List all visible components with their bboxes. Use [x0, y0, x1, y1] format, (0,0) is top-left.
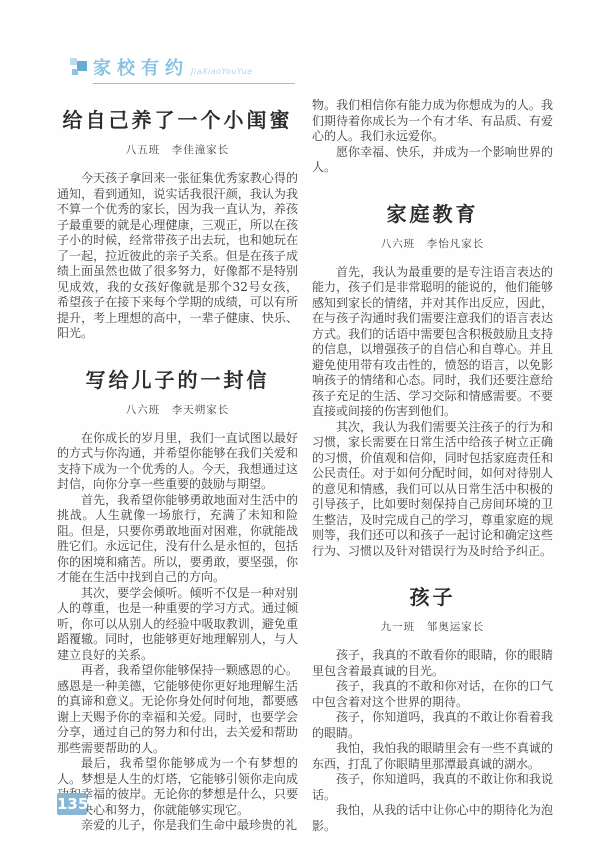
article-byline: 八六班 李怡凡家长 [312, 236, 553, 251]
article-title: 家庭教育 [312, 198, 553, 227]
paragraph: 在你成长的岁月里，我们一直试图以最好的方式与你沟通，并希望你能够在我们关爱和支持… [57, 431, 298, 493]
logo-square-small-icon [70, 58, 77, 65]
two-column-layout: 给自己养了一个小闺蜜 八五班 李佳潼家长 今天孩子拿回来一张征集优秀家教心得的通… [57, 98, 553, 834]
article-letter-to-son-continued: 物。我们相信你有能力成为你想成为的人。我们期待着你成长为一个有才华、有品质、有爱… [312, 98, 553, 176]
paragraph: 我怕，从我的话中让你心中的期待化为泡影。 [312, 803, 553, 834]
paragraph-continuation: 物。我们相信你有能力成为你想成为的人。我们期待着你成长为一个有才华、有品质、有爱… [312, 98, 553, 145]
paragraph: 再者，我希望你能够保持一颗感恩的心。感恩是一种美德，它能够使你更好地理解生活的真… [57, 663, 298, 756]
article-family-education: 家庭教育 八六班 李怡凡家长 首先，我认为最重要的是专注语言表达的能力，孩子们是… [312, 198, 553, 560]
paragraph: 首先，我认为最重要的是专注语言表达的能力，孩子们是非常聪明的能说的，他们能够感知… [312, 265, 553, 420]
logo-square-large-icon [77, 61, 87, 71]
page-number-badge: 135 [57, 793, 87, 815]
section-title: 家校有约 [93, 58, 189, 79]
logo-square-medium-icon [72, 69, 78, 75]
article-title: 写给儿子的一封信 [57, 364, 298, 393]
paragraph: 首先，我希望你能够勇敢地面对生活中的挑战。人生就像一场旅行，充满了未知和险阻。但… [57, 493, 298, 586]
paragraph: 其次，要学会倾听。倾听不仅是一种对别人的尊重，也是一种重要的学习方式。通过倾听，… [57, 586, 298, 664]
article-title: 孩子 [312, 581, 553, 610]
header-text-block: 家校有约JiaXiaoYouYue [93, 54, 295, 84]
article-title: 给自己养了一个小闺蜜 [57, 104, 298, 133]
paragraph: 孩子，我真的不敢看你的眼睛，你的眼睛里包含着最真诚的目光。 [312, 648, 553, 679]
article-byline: 八六班 李天朔家长 [57, 402, 298, 417]
article-child: 孩子 九一班 邹奥运家长 孩子，我真的不敢看你的眼睛，你的眼睛里包含着最真诚的目… [312, 581, 553, 834]
paragraph: 其次，我认为我们需要关注孩子的行为和习惯，家长需要在日常生活中给孩子树立正确的习… [312, 420, 553, 560]
paragraph: 孩子，我真的不敢和你对话，在你的口气中包含着对这个世界的期待。 [312, 679, 553, 710]
paragraph: 亲爱的儿子，你是我们生命中最珍贵的礼 [57, 818, 298, 834]
paragraph: 孩子，你知道吗，我真的不敢让你和我说话。 [312, 772, 553, 803]
header-underline [93, 83, 295, 84]
paragraph: 最后，我希望你能够成为一个有梦想的人。梦想是人生的灯塔，它能够引领你走向成功和幸… [57, 756, 298, 818]
article-byline: 八五班 李佳潼家长 [57, 142, 298, 157]
article-little-bestie: 给自己养了一个小闺蜜 八五班 李佳潼家长 今天孩子拿回来一张征集优秀家教心得的通… [57, 104, 298, 342]
paragraph: 愿你幸福、快乐，并成为一个影响世界的人。 [312, 145, 553, 176]
page-header: 家校有约JiaXiaoYouYue [70, 54, 295, 84]
left-column: 给自己养了一个小闺蜜 八五班 李佳潼家长 今天孩子拿回来一张征集优秀家教心得的通… [57, 98, 298, 834]
article-letter-to-son: 写给儿子的一封信 八六班 李天朔家长 在你成长的岁月里，我们一直试图以最好的方式… [57, 364, 298, 834]
paragraph: 今天孩子拿回来一张征集优秀家教心得的通知，看到通知，说实话我很汗颜，我认为我不算… [57, 171, 298, 342]
article-byline: 九一班 邹奥运家长 [312, 619, 553, 634]
right-column: 物。我们相信你有能力成为你想成为的人。我们期待着你成长为一个有才华、有品质、有爱… [312, 98, 553, 834]
section-subtitle: JiaXiaoYouYue [191, 67, 253, 76]
paragraph: 孩子，你知道吗，我真的不敢让你看着我的眼睛。 [312, 710, 553, 741]
paragraph: 我怕，我怕我的眼睛里会有一些不真诚的东西，打乱了你眼睛里那潭最真诚的湖水。 [312, 741, 553, 772]
logo-squares-icon [70, 57, 88, 77]
magazine-page: 家校有约JiaXiaoYouYue 给自己养了一个小闺蜜 八五班 李佳潼家长 今… [0, 0, 600, 849]
